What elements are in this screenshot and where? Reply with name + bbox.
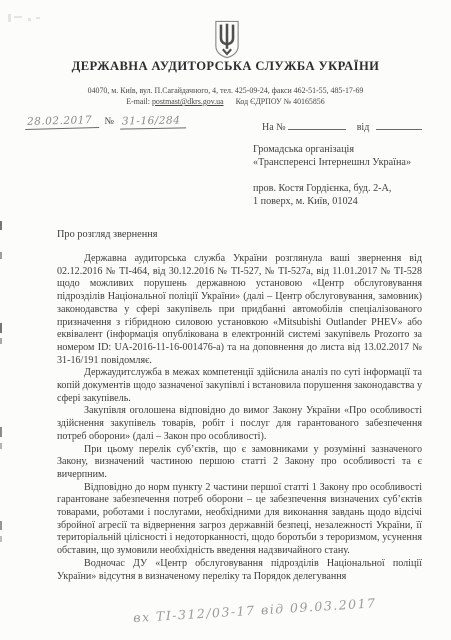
scan-edge-mark xyxy=(0,338,2,344)
scan-edge-mark xyxy=(0,443,2,449)
body-paragraph: Державна аудиторська служба України розг… xyxy=(57,253,422,367)
recipient-address-line: 1 поверх, м. Київ, 01024 xyxy=(253,195,411,208)
handwritten-outgoing-number: 31-16/284 xyxy=(119,114,185,129)
email-edrpou-line: E-mail: postmast@dkrs.gov.ua Код ЄДРПОУ … xyxy=(0,97,451,106)
from-label: від xyxy=(357,122,370,133)
body-paragraph: При цьому перелік суб’єктів, що є замовн… xyxy=(57,444,422,482)
scan-edge-mark xyxy=(0,427,2,437)
scanned-letter-page: ДЕРЖАВНА АУДИТОРСЬКА СЛУЖБА УКРАЇНИ 0407… xyxy=(0,0,451,640)
scan-edge-mark xyxy=(0,323,2,333)
body-paragraph: Закупівля оголошена відповідно до вимог … xyxy=(57,405,422,443)
recipient-block: Громадська організація «Трансперенсі Інт… xyxy=(253,143,411,208)
recipient-org-line: «Трансперенсі Інтернешнл Україна» xyxy=(253,156,411,169)
recipient-address-line: пров. Костя Гордієнка, буд. 2-А, xyxy=(253,182,411,195)
outgoing-reference: 28.02.2017 № 31-16/284 xyxy=(25,115,186,129)
body-paragraph: Держаудитслужба в межах компетенції здій… xyxy=(57,367,422,405)
number-sign: № xyxy=(105,116,115,127)
scan-edge-mark xyxy=(0,536,2,542)
organization-name: ДЕРЖАВНА АУДИТОРСЬКА СЛУЖБА УКРАЇНИ xyxy=(0,59,451,74)
scan-edge-mark xyxy=(0,221,2,230)
scan-artifact xyxy=(8,14,42,26)
letter-body: Державна аудиторська служба України розг… xyxy=(57,253,422,583)
recipient-org-line: Громадська організація xyxy=(253,143,411,156)
email-address: postmast@dkrs.gov.ua xyxy=(152,97,224,106)
subject-line: Про розгляд звернення xyxy=(57,229,158,240)
edrpou-code: Код ЄДРПОУ № 40165856 xyxy=(236,97,325,106)
body-paragraph: Відповідно до норм пункту 2 частини перш… xyxy=(57,482,422,558)
scan-edge-mark xyxy=(0,521,2,530)
ukraine-trident-emblem-icon xyxy=(213,20,241,59)
blank-date-line xyxy=(376,119,422,130)
blank-number-line xyxy=(288,119,346,130)
handwritten-incoming-stamp: вх ТІ-312/03-17 від 09.03.2017 xyxy=(133,592,433,625)
scan-edge-mark xyxy=(0,252,2,259)
incoming-reference: На № від xyxy=(262,119,422,133)
email-label: E-mail: xyxy=(126,97,150,106)
handwritten-outgoing-date: 28.02.2017 xyxy=(25,114,99,130)
body-paragraph: Водночас ДУ «Центр обслуговування підроз… xyxy=(57,558,422,583)
contact-line: 04070, м. Київ, вул. П.Сагайдачного, 4, … xyxy=(0,86,451,95)
incoming-label: На № xyxy=(262,122,286,133)
